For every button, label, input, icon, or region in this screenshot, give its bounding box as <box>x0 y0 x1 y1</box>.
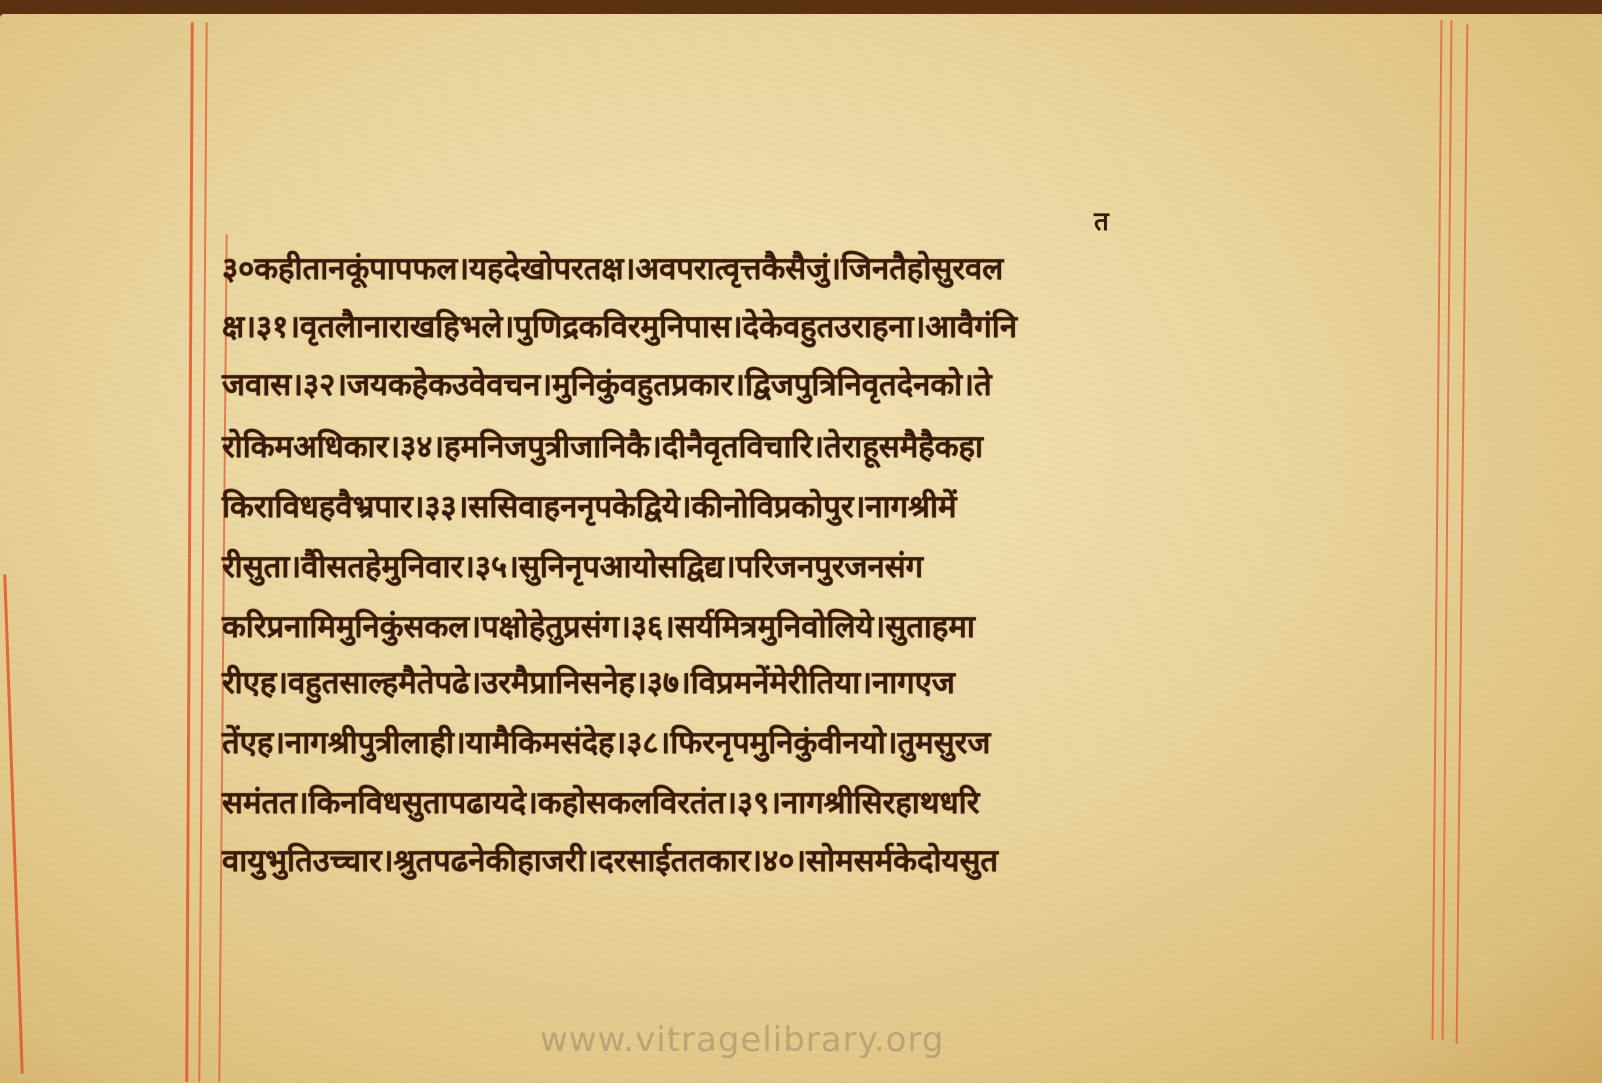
text-line-9: तेंएह।नागश्रीपुत्रीलाही।यामैकिमसंदेह।३८।… <box>222 714 1402 772</box>
right-margin-rule-2 <box>1442 20 1453 1040</box>
left-margin-rule <box>185 22 194 1082</box>
text-line-8: रीएह।वहुतसाल्हमैतेपढे।उरमैप्रानिसनेह।३७।… <box>222 654 1402 712</box>
text-line-11: वायुभुतिउच्चार।श्रुतपढनेकीहाजरी।दरसाईततक… <box>222 832 1402 890</box>
text-line-4: रोकिमअधिकार।३४।हमनिजपुत्रीजानिकै।दीनैवृत… <box>222 418 1402 476</box>
right-margin-rule-1 <box>1432 20 1443 1040</box>
margin-correction-note: त <box>1094 202 1109 238</box>
text-line-1: ३०कहीतानकूंपापफल।यहदेखोपरतक्ष।अवपरात्वृत… <box>222 240 1402 298</box>
right-margin-rule-3 <box>1456 24 1469 1044</box>
text-line-10: समंतत।किनविधसुतापढायदे।कहोसकलविरतंत।३९।न… <box>222 774 1402 832</box>
edge-rule <box>3 574 23 1074</box>
left-margin-rule-inner <box>198 22 207 1082</box>
watermark: www.vitragelibrary.org <box>540 1020 944 1060</box>
text-line-7: करिप्रनामिमुनिकुंसकल।पक्षोहेतुप्रसंग।३६।… <box>222 598 1402 656</box>
text-line-2: क्ष।३१।वृतलैानाराखहिभले।पुणिद्रकविरमुनिप… <box>222 298 1402 356</box>
text-line-5: किराविधहवैभ्रपार।३३।ससिवाहननृपकेद्विये।क… <box>222 478 1402 536</box>
text-line-6: रीसुता।वैोसतहेमुनिवार।३५।सुनिनृपआयोसद्वि… <box>222 538 1402 596</box>
text-line-3: जवास।३२।जयकहेकउवेवचन।मुनिकुंवहुतप्रकार।द… <box>222 356 1402 414</box>
manuscript-leaf: त ३०कहीतानकूंपापफल।यहदेखोपरतक्ष।अवपरात्व… <box>0 14 1602 1083</box>
